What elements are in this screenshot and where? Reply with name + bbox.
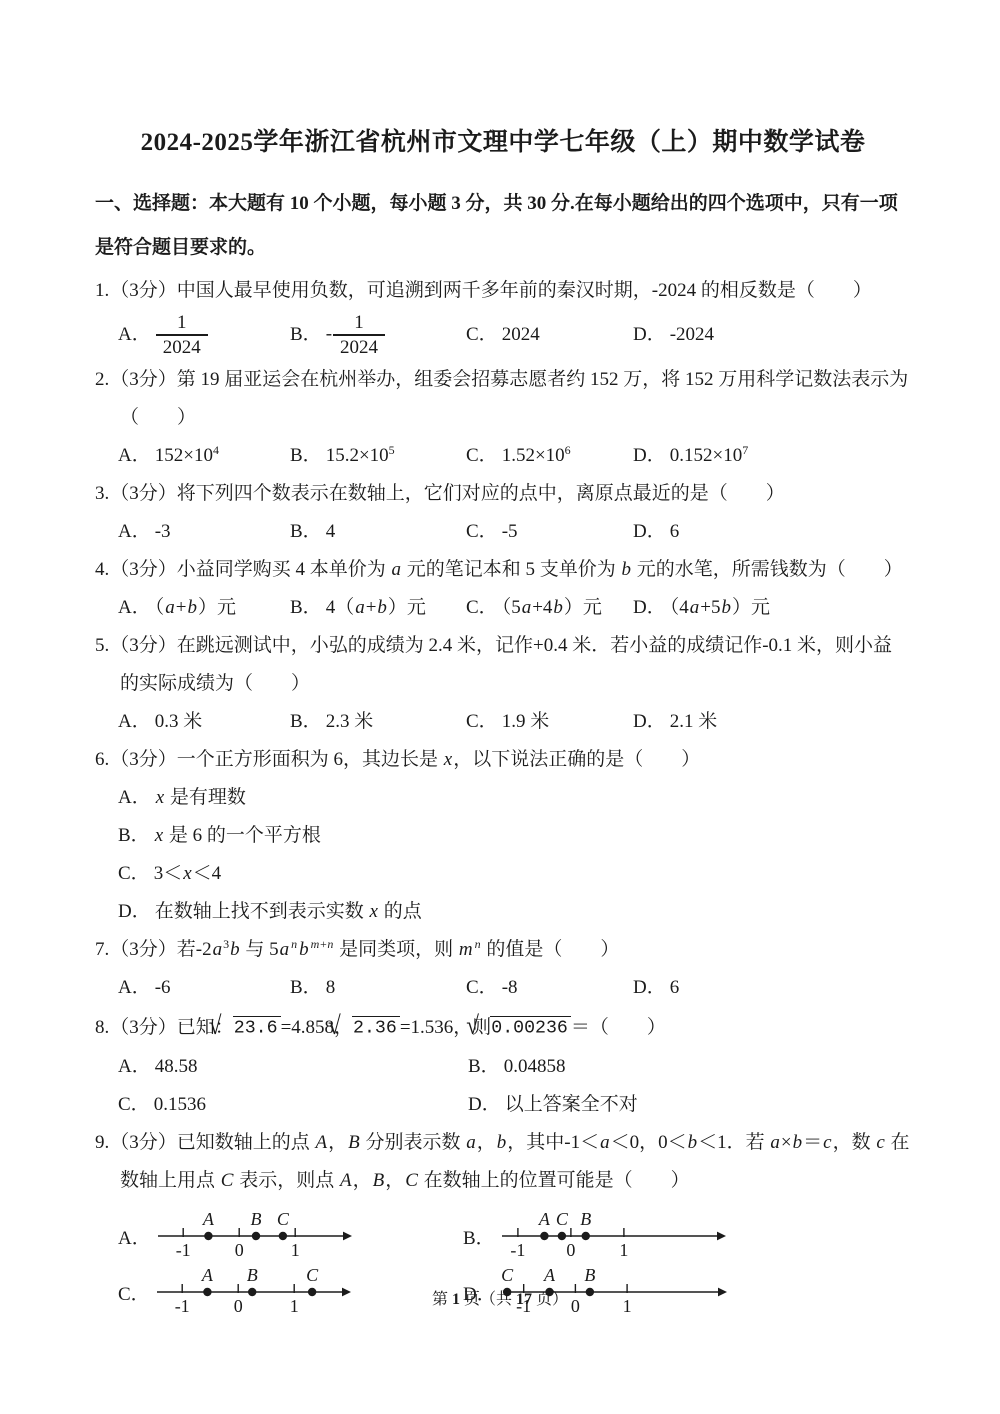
options: A．48.58B．0.04858C．0.1536D．以上答案全不对 <box>95 1048 911 1124</box>
option-B: B．-101ACB <box>463 1202 911 1258</box>
radicand: 2.36 <box>352 1016 400 1039</box>
page-number: 1 <box>452 1291 460 1308</box>
question-stem: 4.（3分）小益同学购买 4 本单价为 a 元的笔记本和 5 支单价为 b 元的… <box>95 551 911 589</box>
text-run: +5 <box>700 597 720 618</box>
option-label: C． <box>466 324 498 345</box>
math-variable: a <box>354 597 366 618</box>
text-run: 一个正方形面积为 6，其边长是 <box>177 749 443 770</box>
text-run: 1.52×10 <box>502 445 565 466</box>
footer-prefix: 第 <box>432 1291 452 1308</box>
page-footer: 第 1 页（共 17 页） <box>0 1286 1000 1309</box>
option-B: B．x 是 6 的一个平方根 <box>118 817 911 855</box>
text-run: 已知数轴上的点 <box>177 1132 315 1153</box>
question-score: （3分） <box>110 1017 177 1038</box>
question-stem: 1.（3分）中国人最早使用负数，可追溯到两千多年前的秦汉时期，-2024 的相反… <box>95 272 911 310</box>
text-run: ＜1．若 <box>698 1132 769 1153</box>
arrowhead-icon <box>717 1231 726 1240</box>
text-run: 是有理数 <box>165 787 246 808</box>
math-variable: b <box>720 597 732 618</box>
text-run: 在数轴上的位置可能是（ ） <box>419 1170 690 1191</box>
question-score: （3分） <box>110 635 177 656</box>
fraction-denominator: 2024 <box>333 336 385 358</box>
tick-label: 0 <box>234 1240 243 1258</box>
question-score: （3分） <box>110 749 177 770</box>
point-label: C <box>277 1209 290 1229</box>
text-run: -5 <box>502 521 518 542</box>
radicand: 0.00236 <box>490 1016 571 1039</box>
option-label: D． <box>633 521 666 542</box>
option-label: A． <box>118 977 151 998</box>
text-run: 元的水笔，所需钱数为（ ） <box>632 559 903 580</box>
question-score: （3分） <box>110 483 177 504</box>
option-label: A． <box>118 1229 151 1248</box>
question-2: 2.（3分）第 19 届亚运会在杭州举办，组委会招募志愿者约 152 万，将 1… <box>95 361 911 475</box>
option-A: A．0.3 米 <box>118 703 290 741</box>
question-6: 6.（3分）一个正方形面积为 6，其边长是 x，以下说法正确的是（ ）A．x 是… <box>95 741 911 931</box>
option-label: D． <box>468 1094 501 1115</box>
option-A: A．-3 <box>118 513 290 551</box>
option-B: B．15.2×105 <box>290 437 466 475</box>
fraction-numerator: 1 <box>333 312 385 336</box>
footer-suffix: 页） <box>532 1291 568 1308</box>
option-label: A． <box>118 711 151 732</box>
text-run: （5 <box>502 597 521 618</box>
radicand: 23.6 <box>233 1016 281 1039</box>
question-8: 8.（3分）已知：√23.6=4.858，√2.36=1.536，则√0.002… <box>95 1007 911 1124</box>
question-3: 3.（3分）将下列四个数表示在数轴上，它们对应的点中，离原点最近的是（ ）A．-… <box>95 475 911 551</box>
question-score: （3分） <box>110 280 177 301</box>
tick-label: 1 <box>619 1240 628 1258</box>
question-number: 6. <box>95 749 110 770</box>
text-run: ， <box>385 1170 404 1191</box>
option-C: C．1.52×106 <box>466 437 633 475</box>
option-B: B．4（a+b）元 <box>290 589 466 627</box>
option-label: C． <box>466 445 498 466</box>
text-run: - <box>326 324 332 345</box>
text-run: ＝（ ） <box>571 1017 666 1038</box>
math-variable: a <box>769 1132 781 1153</box>
question-7: 7.（3分）若-2a3b 与 5anbm+n 是同类项，则 mn 的值是（ ）A… <box>95 931 911 1007</box>
math-variable: a <box>212 939 224 960</box>
text-run: 是 6 的一个平方根 <box>164 825 321 846</box>
question-number: 3. <box>95 483 110 504</box>
math-variable: a <box>164 597 176 618</box>
option-label: A． <box>118 1056 151 1077</box>
point-label: B <box>580 1209 591 1229</box>
math-variable: b <box>552 597 564 618</box>
option-label: B． <box>290 711 322 732</box>
options: A．-3B．4C．-5D．6 <box>95 513 911 551</box>
option-label: B． <box>118 825 150 846</box>
math-variable: x <box>154 825 164 846</box>
text-run: 48.58 <box>155 1056 198 1077</box>
question-stem: 8.（3分）已知：√23.6=4.858，√2.36=1.536，则√0.002… <box>95 1007 911 1048</box>
option-B: B．4 <box>290 513 466 551</box>
text-run: -8 <box>502 977 518 998</box>
option-label: C． <box>466 977 498 998</box>
math-variable: x <box>182 863 192 884</box>
math-variable: b <box>621 559 633 580</box>
option-B: B．8 <box>290 969 466 1007</box>
point-dot <box>581 1231 589 1239</box>
superscript: m+n <box>310 937 335 951</box>
text-run: 第 19 届亚运会在杭州举办，组委会招募志愿者约 152 万，将 152 万用科… <box>120 369 908 428</box>
option-label: C． <box>466 521 498 542</box>
question-1: 1.（3分）中国人最早使用负数，可追溯到两千多年前的秦汉时期，-2024 的相反… <box>95 272 911 361</box>
text-run: ， <box>328 1132 347 1153</box>
text-run: 15.2×10 <box>326 445 389 466</box>
options: A．x 是有理数B．x 是 6 的一个平方根C．3＜x＜4D．在数轴上找不到表示… <box>95 779 911 931</box>
option-A: A．x 是有理数 <box>118 779 911 817</box>
option-label: A． <box>118 597 151 618</box>
point-dot <box>557 1231 565 1239</box>
question-number: 1. <box>95 280 110 301</box>
fraction-denominator: 2024 <box>156 336 208 358</box>
text-run: 表示，则点 <box>234 1170 339 1191</box>
text-run: 1.9 米 <box>502 711 550 732</box>
text-run: 的点 <box>379 901 422 922</box>
math-variable: B <box>372 1170 386 1191</box>
text-run: ＝ <box>803 1132 822 1153</box>
text-run: 已知： <box>177 1017 234 1038</box>
math-variable: A <box>339 1170 353 1191</box>
math-variable: a <box>465 1132 477 1153</box>
option-D: D．6 <box>633 513 911 551</box>
sqrt-expression: √2.36 <box>353 1017 400 1038</box>
math-variable: b <box>229 939 241 960</box>
option-A: A．48.58 <box>118 1048 468 1086</box>
superscript: 4 <box>213 443 219 457</box>
text-run: 与 5 <box>241 939 279 960</box>
options: A．12024B．-12024C．2024D．-2024 <box>95 310 911 361</box>
questions: 1.（3分）中国人最早使用负数，可追溯到两千多年前的秦汉时期，-2024 的相反… <box>95 272 911 1314</box>
option-D: D．以上答案全不对 <box>468 1086 911 1124</box>
math-variable: a <box>279 939 291 960</box>
option-C: C．（5a+4b）元 <box>466 589 633 627</box>
text-run: 以上答案全不对 <box>505 1094 638 1115</box>
text-run: 4（ <box>326 597 355 618</box>
text-run: 6 <box>670 977 680 998</box>
fraction: 12024 <box>333 312 385 359</box>
point-dot <box>252 1231 260 1239</box>
text-run: 在跳远测试中，小弘的成绩为 2.4 米，记作+0.4 米．若小益的成绩记作-0.… <box>120 635 892 694</box>
option-D: D．2.1 米 <box>633 703 911 741</box>
question-number: 2. <box>95 369 110 390</box>
math-variable: x <box>155 787 165 808</box>
math-variable: a <box>521 597 533 618</box>
text-run: 8 <box>326 977 336 998</box>
text-run: ，其中-1＜ <box>507 1132 599 1153</box>
superscript: n <box>474 937 482 951</box>
text-run: 中国人最早使用负数，可追溯到两千多年前的秦汉时期，-2024 的相反数是（ ） <box>177 280 872 301</box>
option-A: A．（a+b）元 <box>118 589 290 627</box>
question-number: 5. <box>95 635 110 656</box>
option-label: D． <box>633 445 666 466</box>
option-D: D．0.152×107 <box>633 437 911 475</box>
text-run: ，数 <box>833 1132 876 1153</box>
text-run: ＜0，0＜ <box>611 1132 687 1153</box>
options: A．0.3 米B．2.3 米C．1.9 米D．2.1 米 <box>95 703 911 741</box>
math-variable: a <box>391 559 403 580</box>
text-run: 若-2 <box>177 939 212 960</box>
arrowhead-icon <box>343 1231 352 1240</box>
math-variable: b <box>792 1132 804 1153</box>
sqrt-expression: √23.6 <box>234 1017 281 1038</box>
math-variable: a <box>689 597 701 618</box>
point-label: A <box>543 1265 556 1285</box>
fraction-numerator: 1 <box>156 312 208 336</box>
option-A: A．-101ABC <box>118 1202 463 1258</box>
text-run: 元的笔记本和 5 支单价为 <box>402 559 621 580</box>
point-label: A <box>201 1265 214 1285</box>
option-C: C．-5 <box>466 513 633 551</box>
text-run: ＜4 <box>193 863 222 884</box>
option-label: B． <box>463 1229 495 1248</box>
option-B: B．2.3 米 <box>290 703 466 741</box>
option-label: B． <box>290 597 322 618</box>
text-run: -2024 <box>670 324 714 345</box>
text-run: 152×10 <box>155 445 213 466</box>
options: A．-6B．8C．-8D．6 <box>95 969 911 1007</box>
option-A: A．-6 <box>118 969 290 1007</box>
option-B: B．0.04858 <box>468 1048 911 1086</box>
superscript: n <box>290 937 298 951</box>
option-C: C．-8 <box>466 969 633 1007</box>
superscript: 6 <box>565 443 571 457</box>
math-variable: b <box>687 1132 699 1153</box>
text-run: 2.1 米 <box>670 711 718 732</box>
text-run: 是同类项，则 <box>334 939 458 960</box>
point-label: B <box>250 1209 261 1229</box>
math-variable: B <box>347 1132 361 1153</box>
option-C: C．0.1536 <box>118 1086 468 1124</box>
option-A: A．152×104 <box>118 437 290 475</box>
math-variable: b <box>186 597 198 618</box>
text-run: × <box>781 1132 792 1153</box>
fraction: 12024 <box>156 312 208 359</box>
option-label: B． <box>290 324 322 345</box>
option-C: C．3＜x＜4 <box>118 855 911 893</box>
text-run: 在数轴上找不到表示实数 <box>155 901 369 922</box>
question-number: 4. <box>95 559 110 580</box>
text-run: 0.3 米 <box>155 711 203 732</box>
text-run: 小益同学购买 4 本单价为 <box>177 559 391 580</box>
question-4: 4.（3分）小益同学购买 4 本单价为 a 元的笔记本和 5 支单价为 b 元的… <box>95 551 911 627</box>
option-label: D． <box>633 977 666 998</box>
point-label: C <box>556 1209 569 1229</box>
tick-label: 0 <box>566 1240 575 1258</box>
question-score: （3分） <box>110 559 177 580</box>
point-dot <box>540 1231 548 1239</box>
text-run: + <box>366 597 377 618</box>
math-variable: A <box>315 1132 329 1153</box>
text-run: 的值是（ ） <box>482 939 620 960</box>
text-run: -6 <box>155 977 171 998</box>
point-label: C <box>501 1265 514 1285</box>
text-run: （4 <box>670 597 689 618</box>
math-variable: C <box>220 1170 235 1191</box>
option-C: C．1.9 米 <box>466 703 633 741</box>
exam-content: 2024-2025学年浙江省杭州市文理中学七年级（上）期中数学试卷 一、选择题：… <box>95 126 911 1314</box>
text-run: ）元 <box>198 597 236 618</box>
footer-middle: 页（共 <box>460 1291 516 1308</box>
math-variable: b <box>496 1132 508 1153</box>
tick-label: -1 <box>510 1240 525 1258</box>
sqrt-expression: √0.00236 <box>491 1017 571 1038</box>
point-label: A <box>202 1209 215 1229</box>
option-label: D． <box>118 901 151 922</box>
text-run: ）元 <box>388 597 426 618</box>
numberline-diagram: -101ABC <box>153 1202 353 1258</box>
text-run: 将下列四个数表示在数轴上，它们对应的点中，离原点最近的是（ ） <box>177 483 785 504</box>
math-variable: c <box>822 1132 832 1153</box>
math-variable: x <box>369 901 379 922</box>
option-label: D． <box>633 324 666 345</box>
math-variable: x <box>443 749 453 770</box>
option-label: A． <box>118 324 151 345</box>
question-number: 9. <box>95 1132 110 1153</box>
section-heading: 一、选择题：本大题有 10 个小题，每小题 3 分，共 30 分.在每小题给出的… <box>95 182 911 270</box>
text-run: ）元 <box>564 597 602 618</box>
point-label: B <box>584 1265 595 1285</box>
option-label: A． <box>118 445 151 466</box>
point-dot <box>278 1231 286 1239</box>
options: A．152×104B．15.2×105C．1.52×106D．0.152×107 <box>95 437 911 475</box>
text-run: 4 <box>326 521 336 542</box>
question-5: 5.（3分）在跳远测试中，小弘的成绩为 2.4 米，记作+0.4 米．若小益的成… <box>95 627 911 741</box>
superscript: 7 <box>742 443 748 457</box>
total-pages: 17 <box>516 1291 532 1308</box>
text-run: 2.3 米 <box>326 711 374 732</box>
question-stem: 7.（3分）若-2a3b 与 5anbm+n 是同类项，则 mn 的值是（ ） <box>95 931 911 969</box>
text-run: ）元 <box>732 597 770 618</box>
question-score: （3分） <box>110 1132 177 1153</box>
question-stem: 6.（3分）一个正方形面积为 6，其边长是 x，以下说法正确的是（ ） <box>95 741 911 779</box>
text-run: ， <box>353 1170 372 1191</box>
text-run: +4 <box>532 597 552 618</box>
math-variable: C <box>404 1170 419 1191</box>
point-label: C <box>306 1265 319 1285</box>
math-variable: a <box>599 1132 611 1153</box>
option-label: A． <box>118 787 151 808</box>
question-stem: 9.（3分）已知数轴上的点 A，B 分别表示数 a，b，其中-1＜a＜0，0＜b… <box>95 1124 911 1200</box>
text-run: -3 <box>155 521 171 542</box>
math-variable: b <box>298 939 310 960</box>
text-run: ，以下说法正确的是（ ） <box>453 749 700 770</box>
option-D: D．（4a+5b）元 <box>633 589 911 627</box>
option-A: A．12024 <box>118 310 290 361</box>
exam-page: { "doc": { "title": "2024-2025学年浙江省杭州市文理… <box>0 0 1000 1414</box>
text-run: （ <box>155 597 165 618</box>
text-run: 0.152×10 <box>670 445 742 466</box>
math-variable: c <box>875 1132 885 1153</box>
option-label: B． <box>290 521 322 542</box>
text-run: + <box>176 597 187 618</box>
text-run: =4.858， <box>281 1017 353 1038</box>
option-C: C．2024 <box>466 316 633 354</box>
question-stem: 3.（3分）将下列四个数表示在数轴上，它们对应的点中，离原点最近的是（ ） <box>95 475 911 513</box>
tick-label: 1 <box>290 1240 299 1258</box>
question-score: （3分） <box>110 369 177 390</box>
point-label: B <box>246 1265 257 1285</box>
option-label: C． <box>118 863 150 884</box>
option-label: B． <box>468 1056 500 1077</box>
question-number: 8. <box>95 1017 110 1038</box>
question-stem: 2.（3分）第 19 届亚运会在杭州举办，组委会招募志愿者约 152 万，将 1… <box>95 361 911 437</box>
numberline-diagram: -101ACB <box>497 1202 727 1258</box>
option-B: B．-12024 <box>290 310 466 361</box>
option-label: D． <box>633 711 666 732</box>
option-D: D．在数轴上找不到表示实数 x 的点 <box>118 893 911 931</box>
option-label: A． <box>118 521 151 542</box>
text-run: 0.1536 <box>154 1094 206 1115</box>
option-label: D． <box>633 597 666 618</box>
text-run: 2024 <box>502 324 540 345</box>
text-run: 分别表示数 <box>361 1132 466 1153</box>
math-variable: m <box>458 939 474 960</box>
option-D: D．-2024 <box>633 316 911 354</box>
exam-title: 2024-2025学年浙江省杭州市文理中学七年级（上）期中数学试卷 <box>95 126 911 160</box>
text-run: 6 <box>670 521 680 542</box>
text-run: 0.04858 <box>504 1056 566 1077</box>
option-label: B． <box>290 977 322 998</box>
point-dot <box>204 1231 212 1239</box>
math-variable: b <box>376 597 388 618</box>
text-run: ， <box>477 1132 496 1153</box>
question-score: （3分） <box>110 939 177 960</box>
option-label: C． <box>466 711 498 732</box>
option-D: D．6 <box>633 969 911 1007</box>
tick-label: -1 <box>175 1240 190 1258</box>
option-label: C． <box>466 597 498 618</box>
option-label: B． <box>290 445 322 466</box>
question-stem: 5.（3分）在跳远测试中，小弘的成绩为 2.4 米，记作+0.4 米．若小益的成… <box>95 627 911 703</box>
option-label: C． <box>118 1094 150 1115</box>
options: A．（a+b）元B．4（a+b）元C．（5a+4b）元D．（4a+5b）元 <box>95 589 911 627</box>
superscript: 5 <box>389 443 395 457</box>
question-number: 7. <box>95 939 110 960</box>
point-label: A <box>538 1209 551 1229</box>
text-run: 3＜ <box>154 863 183 884</box>
